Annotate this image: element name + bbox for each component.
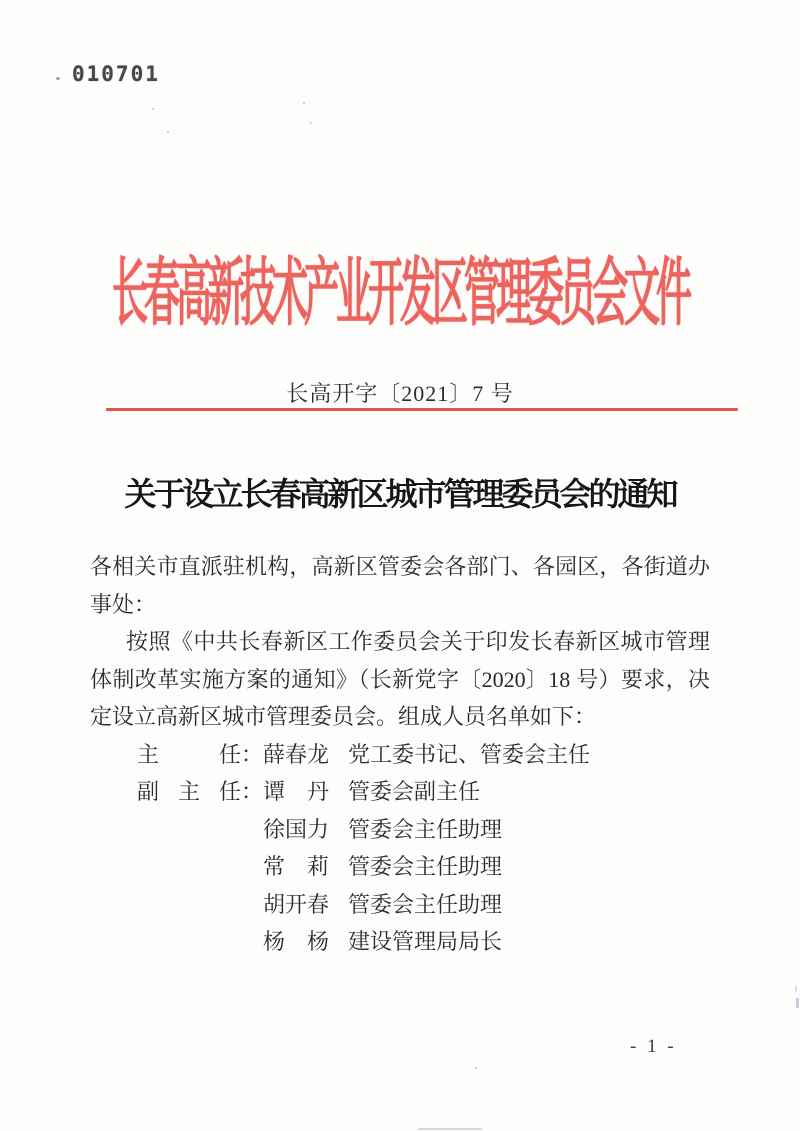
personnel-label: [137, 886, 263, 924]
doc-reference-number: 长高开字〔2021〕7 号: [0, 377, 800, 408]
scan-edge-mark: [796, 998, 799, 1008]
paragraph-line-1: 按照《中共长春新区工作委员会关于印发长春新区城市管理: [90, 623, 710, 661]
personnel-role: 管委会主任助理: [348, 886, 502, 924]
recipients-line-2: 事处：: [90, 586, 710, 624]
personnel-label-segment: 任：: [219, 736, 263, 774]
personnel-row: 徐国力 管委会主任助理: [90, 811, 710, 849]
scan-speckle: [56, 77, 60, 80]
personnel-role: 党工委书记、管委会主任: [348, 736, 590, 774]
serial-number-stamp: 010701: [72, 62, 160, 86]
red-separator-line: [106, 408, 738, 411]
personnel-label: [137, 848, 263, 886]
personnel-row: 副 主 任： 谭 丹 管委会副主任: [90, 773, 710, 811]
personnel-label: 副 主 任：: [137, 773, 263, 811]
paragraph-line-2: 体制改革实施方案的通知》（长新党字〔2020〕18 号）要求，决: [90, 661, 710, 699]
personnel-label: [137, 923, 263, 961]
personnel-name: 胡开春: [263, 886, 348, 924]
personnel-label-segment: 主: [137, 736, 159, 774]
personnel-label: [137, 811, 263, 849]
scan-speckle: [475, 1067, 477, 1069]
scan-smudge: [418, 1128, 482, 1130]
personnel-role: 建设管理局局长: [348, 923, 502, 961]
personnel-role: 管委会副主任: [348, 773, 480, 811]
personnel-row: 杨 杨 建设管理局局长: [90, 923, 710, 961]
personnel-name: 薛春龙: [263, 736, 348, 774]
masthead-org-title: 长春高新技术产业开发区管理委员会文件: [112, 236, 688, 341]
personnel-label-segment: 任：: [219, 773, 263, 811]
personnel-role: 管委会主任助理: [348, 811, 502, 849]
body-text: 各相关市直派驻机构，高新区管委会各部门、各园区，各街道办 事处： 按照《中共长春…: [90, 548, 710, 961]
personnel-name: 谭 丹: [263, 773, 348, 811]
notice-title: 关于设立长春高新区城市管理委员会的通知: [0, 469, 800, 515]
personnel-name: 杨 杨: [263, 923, 348, 961]
paragraph-line-3: 定设立高新区城市管理委员会。组成人员名单如下：: [90, 698, 710, 736]
personnel-row: 常 莉 管委会主任助理: [90, 848, 710, 886]
personnel-label-segment: 副: [137, 773, 159, 811]
scan-speckle: [310, 122, 312, 124]
personnel-row: 胡开春 管委会主任助理: [90, 886, 710, 924]
masthead: 长春高新技术产业开发区管理委员会文件: [0, 250, 800, 326]
personnel-name: 常 莉: [263, 848, 348, 886]
scan-speckle: [152, 108, 154, 110]
personnel-label-segment: 主: [178, 773, 200, 811]
recipients-line-1: 各相关市直派驻机构，高新区管委会各部门、各园区，各街道办: [90, 548, 710, 586]
personnel-role: 管委会主任助理: [348, 848, 502, 886]
document-page: 010701 长春高新技术产业开发区管理委员会文件 长高开字〔2021〕7 号 …: [0, 0, 800, 1131]
page-number: - 1 -: [630, 1036, 677, 1058]
scan-edge-mark: [795, 986, 797, 992]
personnel-name: 徐国力: [263, 811, 348, 849]
personnel-label: 主 任：: [137, 736, 263, 774]
scan-speckle: [303, 102, 305, 104]
personnel-row: 主 任： 薛春龙 党工委书记、管委会主任: [90, 736, 710, 774]
scan-speckle: [167, 131, 169, 133]
